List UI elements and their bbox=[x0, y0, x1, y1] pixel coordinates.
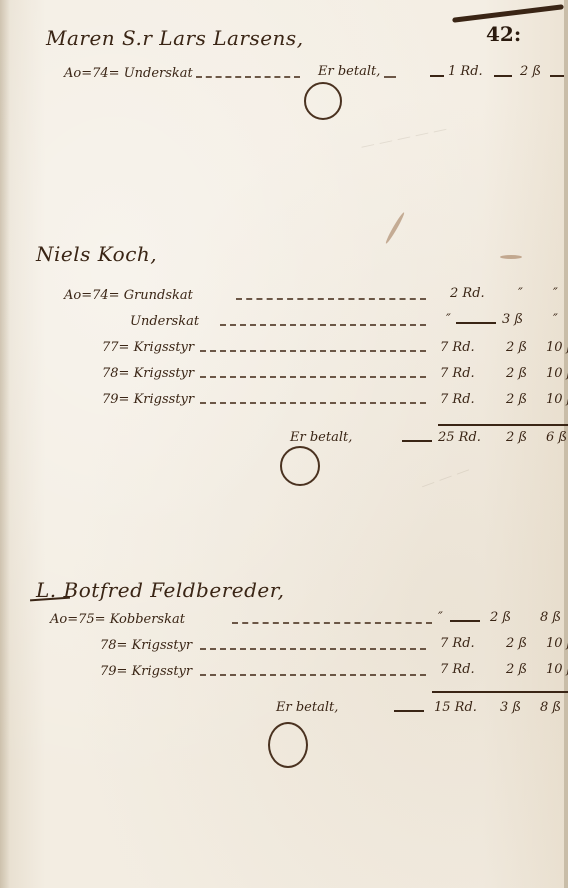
bleed-through-text: — — — — — bbox=[359, 121, 448, 155]
leader-dots bbox=[236, 298, 426, 300]
double-dash bbox=[402, 440, 432, 442]
leader-dots bbox=[220, 324, 426, 326]
bleed-through-text: — — — bbox=[419, 462, 472, 494]
flourish-loop bbox=[268, 722, 308, 768]
total-label: Er betalt, bbox=[318, 64, 380, 79]
entry-line: Ao=74= Grundskat bbox=[64, 288, 193, 303]
line-year: 79= bbox=[102, 392, 129, 407]
line-rigsdaler: 7 Rd. bbox=[440, 636, 475, 651]
line-skilling: 8 ß bbox=[540, 610, 561, 625]
line-mark: 3 ß bbox=[502, 312, 523, 327]
line-skilling: 10 ß bbox=[546, 366, 568, 381]
folio-number: 42: bbox=[486, 22, 521, 46]
flourish-loop bbox=[304, 82, 342, 120]
line-rigsdaler: ″ bbox=[446, 312, 451, 327]
line-year: 78= bbox=[100, 638, 127, 653]
line-year: 75= bbox=[78, 612, 105, 627]
line-item: Grundskat bbox=[124, 288, 193, 303]
line-prefix: Ao= bbox=[64, 66, 92, 81]
line-year: 77= bbox=[102, 340, 129, 355]
line-item: Krigsstyr bbox=[134, 392, 195, 407]
line-rigsdaler: 7 Rd. bbox=[440, 366, 475, 381]
line-mark: 2 ß bbox=[506, 392, 527, 407]
line-rigsdaler: 7 Rd. bbox=[440, 392, 475, 407]
line-item: Krigsstyr bbox=[134, 340, 195, 355]
leader-dots bbox=[196, 76, 300, 78]
total-rigsdaler: 1 Rd. bbox=[448, 64, 483, 79]
folio-flourish bbox=[452, 4, 564, 23]
line-item: Kobberskat bbox=[110, 612, 185, 627]
line-year: 74= bbox=[92, 288, 119, 303]
leader-dots bbox=[200, 648, 426, 650]
line-item: Krigsstyr bbox=[132, 664, 193, 679]
line-skilling: 10 ß bbox=[546, 392, 568, 407]
line-year: 79= bbox=[100, 664, 127, 679]
line-prefix: Ao= bbox=[50, 612, 78, 627]
entry-line: Underskat bbox=[130, 314, 199, 329]
entry-line: Ao=75= Kobberskat bbox=[50, 612, 185, 627]
total-rigsdaler: 25 Rd. bbox=[438, 430, 481, 445]
line-skilling: 10 ß bbox=[546, 636, 568, 651]
dash bbox=[494, 75, 512, 77]
dash bbox=[550, 75, 564, 77]
entry-line: 79= Krigsstyr bbox=[100, 664, 192, 679]
entry-line: 78= Krigsstyr bbox=[100, 638, 192, 653]
line-year: 78= bbox=[102, 366, 129, 381]
line-skilling: 10 ß bbox=[546, 662, 568, 677]
line-mark: 2 ß bbox=[490, 610, 511, 625]
line-item: Underskat bbox=[124, 66, 193, 81]
leader-dots bbox=[232, 622, 432, 624]
line-rigsdaler: 7 Rd. bbox=[440, 340, 475, 355]
leader-dots bbox=[200, 350, 426, 352]
total-rigsdaler: 15 Rd. bbox=[434, 700, 477, 715]
total-mark: 2 ß bbox=[506, 430, 527, 445]
line-skilling: ″ bbox=[553, 286, 558, 301]
manuscript-page: — — — — — — — — 42: Maren S.r Lars Larse… bbox=[0, 0, 568, 888]
leader-dots bbox=[200, 674, 426, 676]
leader-dots bbox=[384, 76, 396, 78]
line-year: 74= bbox=[92, 66, 119, 81]
total-mark: 2 ß bbox=[520, 64, 541, 79]
dash bbox=[450, 620, 480, 622]
entry-name: Maren S.r Lars Larsens, bbox=[46, 26, 304, 50]
line-rigsdaler: 2 Rd. bbox=[450, 286, 485, 301]
line-mark: 2 ß bbox=[506, 340, 527, 355]
total-skilling: 8 ß bbox=[540, 700, 561, 715]
line-skilling: ″ bbox=[553, 312, 558, 327]
line-item: Krigsstyr bbox=[132, 638, 193, 653]
entry-line: Ao=74= Underskat bbox=[64, 66, 193, 81]
line-mark: 2 ß bbox=[506, 636, 527, 651]
line-mark: 2 ß bbox=[506, 662, 527, 677]
total-label: Er betalt, bbox=[276, 700, 338, 715]
line-prefix: Ao= bbox=[64, 288, 92, 303]
dash bbox=[430, 75, 444, 77]
leader-dots bbox=[200, 402, 426, 404]
line-mark: ″ bbox=[518, 286, 523, 301]
line-rigsdaler: ″ bbox=[438, 610, 443, 625]
entry-line: 77= Krigsstyr bbox=[102, 340, 194, 355]
double-dash bbox=[394, 710, 424, 712]
line-mark: 2 ß bbox=[506, 366, 527, 381]
line-item: Krigsstyr bbox=[134, 366, 195, 381]
line-skilling: 10 ß bbox=[546, 340, 568, 355]
dash bbox=[456, 322, 496, 324]
entry-line: 78= Krigsstyr bbox=[102, 366, 194, 381]
sum-rule bbox=[432, 691, 568, 693]
total-skilling: 6 ß bbox=[546, 430, 567, 445]
line-item: Underskat bbox=[130, 314, 199, 329]
sum-rule bbox=[438, 424, 568, 426]
line-rigsdaler: 7 Rd. bbox=[440, 662, 475, 677]
ink-stroke-mark bbox=[384, 211, 405, 244]
ink-stroke-mark bbox=[500, 255, 522, 259]
page-spine-shadow bbox=[0, 0, 10, 888]
entry-name: L. Botfred Feldbereder, bbox=[36, 578, 284, 602]
total-label: Er betalt, bbox=[290, 430, 352, 445]
total-mark: 3 ß bbox=[500, 700, 521, 715]
entry-name: Niels Koch, bbox=[36, 242, 157, 266]
flourish-loop bbox=[280, 446, 320, 486]
leader-dots bbox=[200, 376, 426, 378]
entry-line: 79= Krigsstyr bbox=[102, 392, 194, 407]
